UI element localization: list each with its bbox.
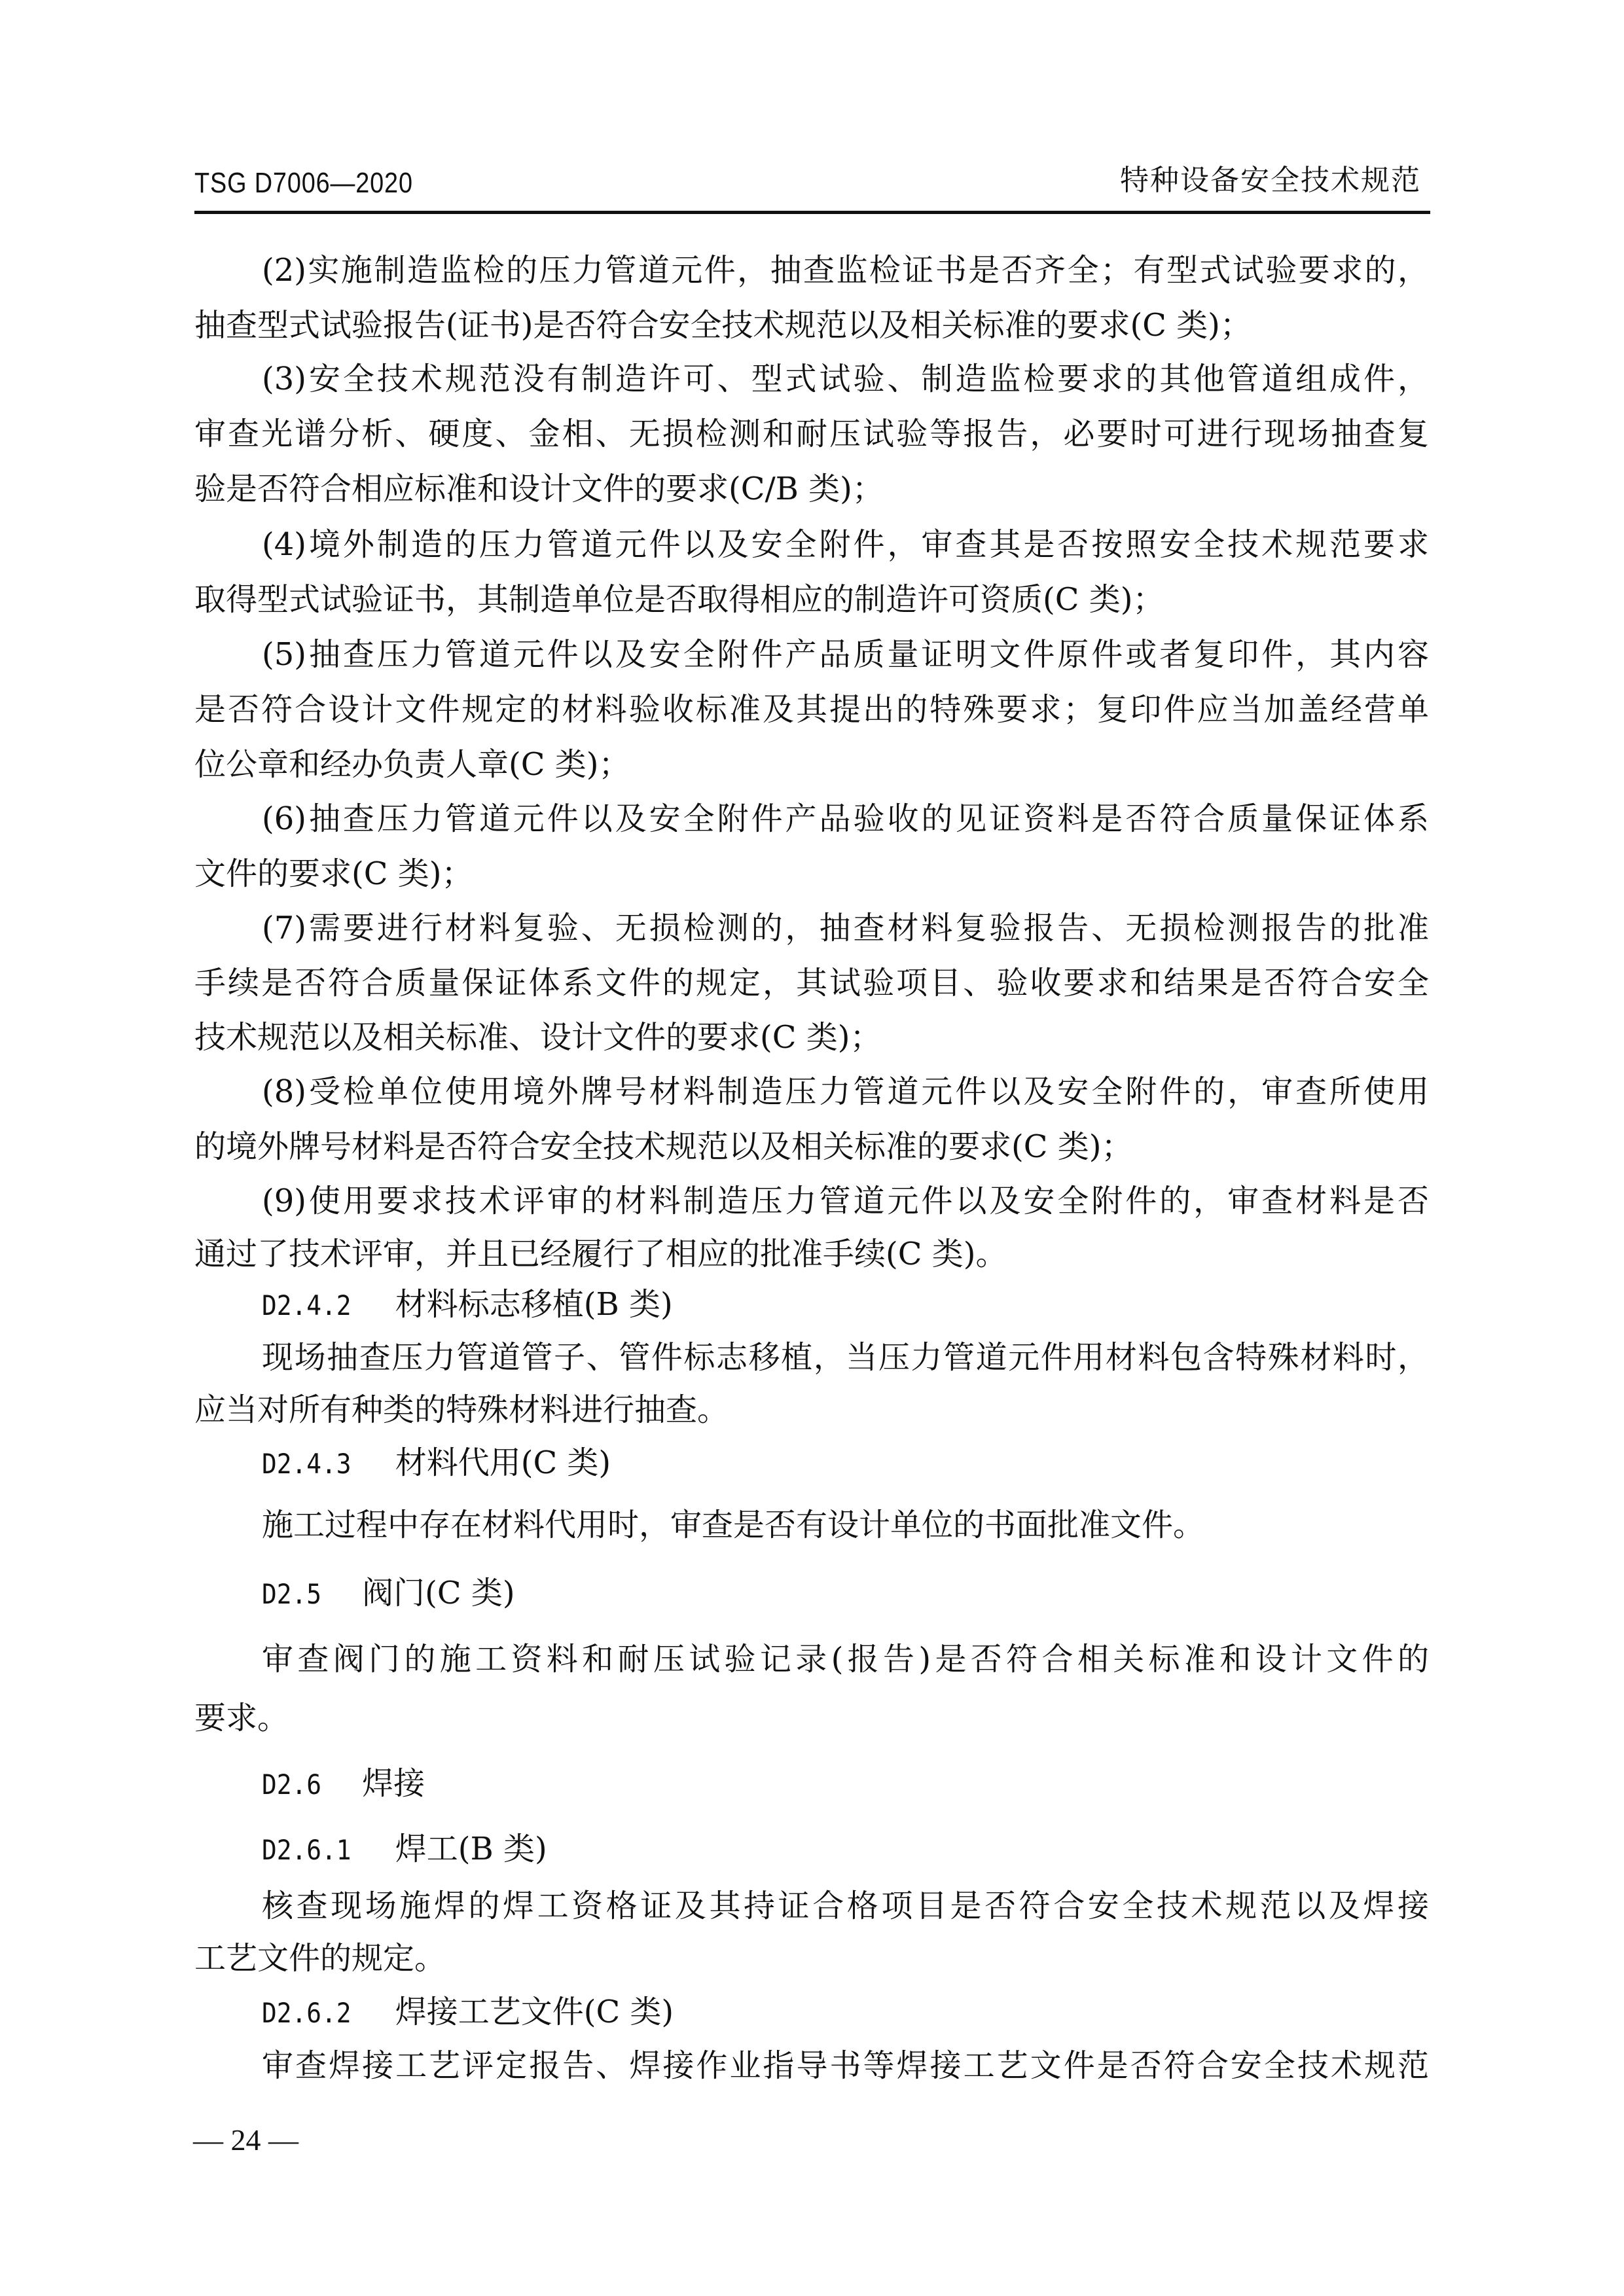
section-number: D2.6.1 xyxy=(262,1831,352,1870)
paragraph-line: (8)受检单位使用境外牌号材料制造压力管道元件以及安全附件的，审查所使用 xyxy=(262,1072,1429,1111)
paragraph-line: 位公章和经办负责人章(C 类)； xyxy=(194,745,1429,784)
document-page: TSG D7006—2020 特种设备安全技术规范 (2)实施制造监检的压力管道… xyxy=(0,0,1624,2296)
paragraph-line: 要求。 xyxy=(194,1698,1429,1738)
paragraph-line: 审查焊接工艺评定报告、焊接作业指导书等焊接工艺文件是否符合安全技术规范 xyxy=(262,2046,1429,2085)
paragraph-line: (4)境外制造的压力管道元件以及安全附件，审查其是否按照安全技术规范要求 xyxy=(262,525,1429,564)
section-title: 阀门(C 类) xyxy=(362,1575,514,1611)
paragraph-line: 抽查型式试验报告(证书)是否符合安全技术规范以及相关标准的要求(C 类)； xyxy=(194,306,1429,345)
paragraph-line: (7)需要进行材料复验、无损检测的，抽查材料复验报告、无损检测报告的批准 xyxy=(262,908,1429,948)
paragraph-line: 手续是否符合质量保证体系文件的规定，其试验项目、验收要求和结果是否符合安全 xyxy=(194,963,1429,1003)
section-title: 焊接 xyxy=(362,1765,425,1802)
paragraph-line: 技术规范以及相关标准、设计文件的要求(C 类)； xyxy=(194,1018,1429,1057)
section-heading-d2-6: D2.6焊接 xyxy=(262,1764,425,1803)
paragraph-line: (5)抽查压力管道元件以及安全附件产品质量证明文件原件或者复印件，其内容 xyxy=(262,635,1429,674)
page-number: — 24 — xyxy=(193,2121,298,2160)
section-title: 焊工(B 类) xyxy=(395,1831,547,1867)
paragraph-line: 取得型式试验证书，其制造单位是否取得相应的制造许可资质(C 类)； xyxy=(194,580,1429,619)
paragraph-line: (9)使用要求技术评审的材料制造压力管道元件以及安全附件的，审查材料是否 xyxy=(262,1181,1429,1221)
section-heading-d2-5: D2.5阀门(C 类) xyxy=(262,1573,515,1613)
section-title: 焊接工艺文件(C 类) xyxy=(395,1994,674,2030)
paragraph-line: 核查现场施焊的焊工资格证及其持证合格项目是否符合安全技术规范以及焊接 xyxy=(262,1886,1429,1926)
section-heading-d2-4-3: D2.4.3材料代用(C 类) xyxy=(262,1443,611,1482)
paragraph-line: 文件的要求(C 类)； xyxy=(194,854,1429,893)
paragraph-line: 审查阀门的施工资料和耐压试验记录(报告)是否符合相关标准和设计文件的 xyxy=(262,1640,1429,1679)
paragraph-line: 现场抽查压力管道管子、管件标志移植，当压力管道元件用材料包含特殊材料时， xyxy=(262,1338,1429,1377)
paragraph-line: 施工过程中存在材料代用时，审查是否有设计单位的书面批准文件。 xyxy=(262,1505,1429,1545)
section-heading-d2-6-1: D2.6.1焊工(B 类) xyxy=(262,1829,547,1869)
section-number: D2.5 xyxy=(262,1575,321,1614)
paragraph-line: 是否符合设计文件规定的材料验收标准及其提出的特殊要求；复印件应当加盖经营单 xyxy=(194,690,1429,729)
paragraph-line: 通过了技术评审，并且已经履行了相应的批准手续(C 类)。 xyxy=(194,1234,1429,1274)
section-number: D2.6 xyxy=(262,1765,321,1804)
paragraph-line: 审查光谱分析、硬度、金相、无损检测和耐压试验等报告，必要时可进行现场抽查复 xyxy=(194,414,1429,454)
paragraph-line: (6)抽查压力管道元件以及安全附件产品验收的见证资料是否符合质量保证体系 xyxy=(262,799,1429,838)
section-title: 材料标志移植(B 类) xyxy=(395,1286,673,1323)
section-number: D2.4.2 xyxy=(262,1286,352,1325)
paragraph-line: 应当对所有种类的特殊材料进行抽查。 xyxy=(194,1390,1429,1429)
series-title: 特种设备安全技术规范 xyxy=(1120,161,1421,200)
section-heading-d2-4-2: D2.4.2材料标志移植(B 类) xyxy=(262,1285,673,1324)
document-code: TSG D7006—2020 xyxy=(194,165,413,202)
section-heading-d2-6-2: D2.6.2焊接工艺文件(C 类) xyxy=(262,1992,674,2032)
section-number: D2.4.3 xyxy=(262,1444,352,1484)
paragraph-line: (3)安全技术规范没有制造许可、型式试验、制造监检要求的其他管道组成件， xyxy=(262,359,1429,399)
section-number: D2.6.2 xyxy=(262,1994,352,2033)
section-title: 材料代用(C 类) xyxy=(395,1444,611,1481)
paragraph-line: 验是否符合相应标准和设计文件的要求(C/B 类)； xyxy=(194,469,1429,509)
header-rule xyxy=(194,211,1430,214)
paragraph-line: 工艺文件的规定。 xyxy=(194,1939,1429,1978)
paragraph-line: 的境外牌号材料是否符合安全技术规范以及相关标准的要求(C 类)； xyxy=(194,1127,1429,1166)
paragraph-line: (2)实施制造监检的压力管道元件，抽查监检证书是否齐全；有型式试验要求的， xyxy=(262,251,1429,290)
